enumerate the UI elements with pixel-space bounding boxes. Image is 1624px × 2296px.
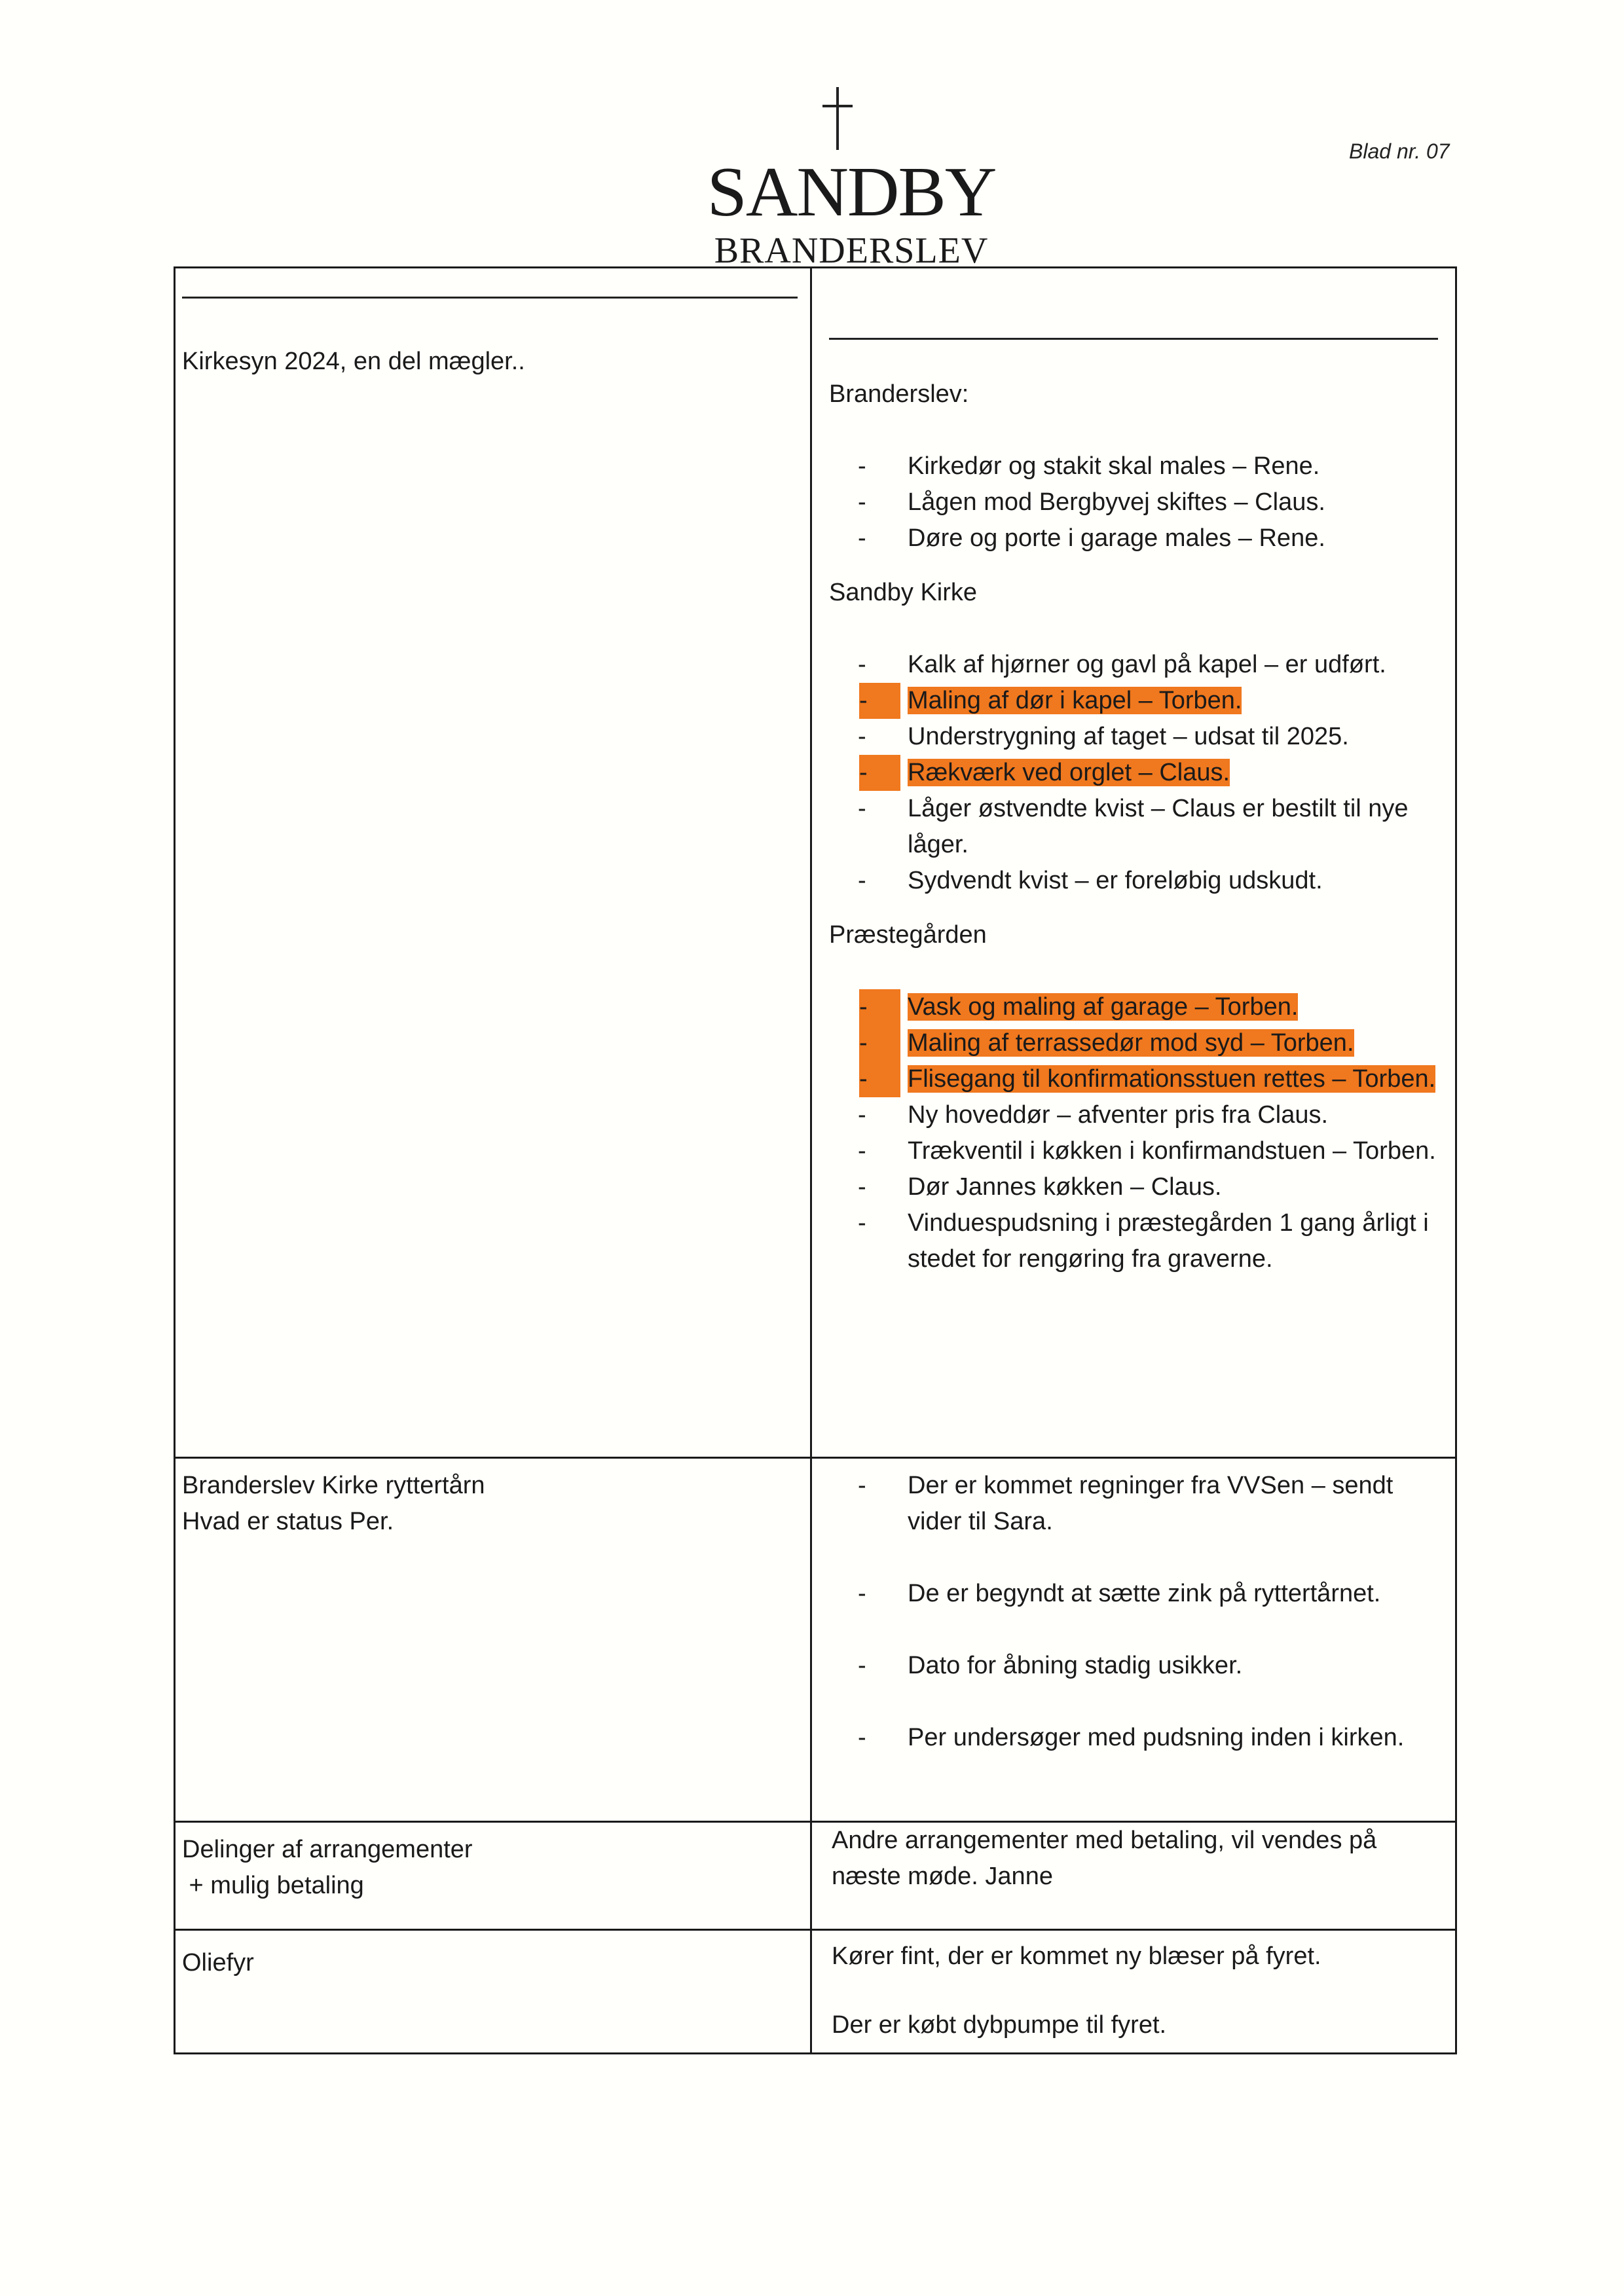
list-item: -Maling af terrassedør mod syd – Torben. bbox=[812, 1025, 1442, 1061]
table-row-delinger: Delinger af arrangementer + mulig betali… bbox=[175, 1821, 1455, 1929]
list-item: -Dør Jannes køkken – Claus. bbox=[812, 1169, 1442, 1205]
table-row-ryttertaarn: Branderslev Kirke ryttertårn Hvad er sta… bbox=[175, 1457, 1455, 1821]
list-item: -Låger østvendte kvist – Claus er bestil… bbox=[812, 791, 1442, 863]
notes-cell: Branderslev:-Kirkedør og stakit skal mal… bbox=[812, 268, 1455, 1457]
notes-cell: -Der er kommet regninger fra VVSen – sen… bbox=[812, 1459, 1455, 1821]
list-item: -Vinduespudsning i præstegården 1 gang å… bbox=[812, 1205, 1442, 1277]
table-row-oliefyr: Oliefyr Kører fint, der er kommet ny blæ… bbox=[175, 1929, 1455, 2052]
list-item-text: Sydvendt kvist – er foreløbig udskudt. bbox=[908, 867, 1323, 894]
dash-bullet: - bbox=[858, 484, 866, 520]
logo-title: SANDBY bbox=[671, 157, 1032, 228]
dash-bullet: - bbox=[858, 520, 866, 556]
list-item: -Sydvendt kvist – er foreløbig udskudt. bbox=[812, 863, 1442, 899]
topic-cell: Branderslev Kirke ryttertårn Hvad er sta… bbox=[175, 1459, 812, 1821]
dash-bullet: - bbox=[858, 719, 866, 755]
section-list: -Kirkedør og stakit skal males – Rene.-L… bbox=[812, 448, 1455, 556]
section-heading: Branderslev: bbox=[829, 376, 1455, 412]
notes-cell: Andre arrangementer med betaling, vil ve… bbox=[812, 1823, 1455, 1929]
topic-text-line-1: Delinger af arrangementer bbox=[182, 1823, 810, 1868]
list-item-text: Kirkedør og stakit skal males – Rene. bbox=[908, 452, 1319, 480]
topic-cell: Kirkesyn 2024, en del mægler.. bbox=[175, 268, 812, 1457]
list-item-text: Flisegang til konfirmationsstuen rettes … bbox=[908, 1065, 1435, 1093]
topic-text-line-2: Hvad er status Per. bbox=[182, 1504, 810, 1540]
topic-text: Oliefyr bbox=[182, 1931, 810, 1981]
list-item: -Per undersøger med pudsning inden i kir… bbox=[812, 1720, 1442, 1756]
dash-bullet: - bbox=[858, 1468, 866, 1504]
topic-text-line-1: Branderslev Kirke ryttertårn bbox=[182, 1459, 810, 1504]
dash-bullet: - bbox=[858, 1133, 866, 1169]
dash-bullet: - bbox=[858, 1648, 866, 1684]
topic-cell: Delinger af arrangementer + mulig betali… bbox=[175, 1823, 812, 1929]
dash-bullet: - bbox=[859, 755, 900, 791]
list-item: -De er begyndt at sætte zink på ryttertå… bbox=[812, 1576, 1442, 1612]
list-item: -Kirkedør og stakit skal males – Rene. bbox=[812, 448, 1442, 484]
table-row-kirkesyn: Kirkesyn 2024, en del mægler.. Brandersl… bbox=[175, 268, 1455, 1457]
dash-bullet: - bbox=[859, 1061, 900, 1097]
cross-icon-bar bbox=[822, 105, 853, 107]
notes-list: -Der er kommet regninger fra VVSen – sen… bbox=[812, 1459, 1455, 1756]
notes-text: Andre arrangementer med betaling, vil ve… bbox=[832, 1823, 1429, 1895]
list-item: -Rækværk ved orglet – Claus. bbox=[812, 755, 1442, 791]
list-item-text: Understrygning af taget – udsat til 2025… bbox=[908, 723, 1349, 750]
section-heading: Præstegården bbox=[829, 917, 1455, 953]
list-item: -Lågen mod Bergbyvej skiftes – Claus. bbox=[812, 484, 1442, 520]
topic-cell: Oliefyr bbox=[175, 1931, 812, 2052]
list-item: -Dato for åbning stadig usikker. bbox=[812, 1648, 1442, 1684]
list-item-text: Dato for åbning stadig usikker. bbox=[908, 1652, 1242, 1679]
dash-bullet: - bbox=[858, 448, 866, 484]
list-item-text: Maling af terrassedør mod syd – Torben. bbox=[908, 1029, 1354, 1057]
notes-text-line-1: Kører fint, der er kommet ny blæser på f… bbox=[832, 1931, 1455, 1975]
page-number-label: Blad nr. 07 bbox=[1349, 139, 1450, 164]
divider-line bbox=[829, 338, 1438, 340]
dash-bullet: - bbox=[858, 1205, 866, 1241]
list-item: -Der er kommet regninger fra VVSen – sen… bbox=[812, 1468, 1442, 1540]
list-item-text: Per undersøger med pudsning inden i kirk… bbox=[908, 1724, 1404, 1751]
dash-bullet: - bbox=[859, 989, 900, 1025]
list-item-text: Rækværk ved orglet – Claus. bbox=[908, 759, 1230, 786]
list-item-text: Døre og porte i garage males – Rene. bbox=[908, 524, 1325, 552]
notes-cell: Kører fint, der er kommet ny blæser på f… bbox=[812, 1931, 1455, 2052]
dash-bullet: - bbox=[858, 647, 866, 683]
dash-bullet: - bbox=[859, 683, 900, 719]
list-item-text: Kalk af hjørner og gavl på kapel – er ud… bbox=[908, 651, 1386, 678]
cross-icon-stem bbox=[836, 87, 839, 150]
list-item-text: De er begyndt at sætte zink på ryttertår… bbox=[908, 1580, 1380, 1607]
minutes-table: Kirkesyn 2024, en del mægler.. Brandersl… bbox=[174, 266, 1457, 2054]
list-item-text: Ny hoveddør – afventer pris fra Claus. bbox=[908, 1101, 1328, 1129]
section-heading: Sandby Kirke bbox=[829, 575, 1455, 611]
dash-bullet: - bbox=[858, 1576, 866, 1612]
list-item-text: Lågen mod Bergbyvej skiftes – Claus. bbox=[908, 488, 1325, 516]
list-item-text: Trækventil i køkken i konfirmandstuen – … bbox=[908, 1137, 1436, 1165]
list-item-text: Dør Jannes køkken – Claus. bbox=[908, 1173, 1221, 1201]
list-item-text: Vinduespudsning i præstegården 1 gang år… bbox=[908, 1209, 1429, 1273]
list-item-text: Vask og maling af garage – Torben. bbox=[908, 993, 1298, 1021]
list-item-text: Maling af dør i kapel – Torben. bbox=[908, 687, 1242, 714]
list-item: -Døre og porte i garage males – Rene. bbox=[812, 520, 1442, 556]
list-item: -Flisegang til konfirmationsstuen rettes… bbox=[812, 1061, 1442, 1097]
list-item: -Vask og maling af garage – Torben. bbox=[812, 989, 1442, 1025]
dash-bullet: - bbox=[858, 1169, 866, 1205]
topic-text: Kirkesyn 2024, en del mægler.. bbox=[182, 344, 525, 380]
dash-bullet: - bbox=[858, 791, 866, 827]
list-item: -Maling af dør i kapel – Torben. bbox=[812, 683, 1442, 719]
notes-sections: Branderslev:-Kirkedør og stakit skal mal… bbox=[829, 376, 1455, 1277]
list-item: -Trækventil i køkken i konfirmandstuen –… bbox=[812, 1133, 1442, 1169]
section-list: -Kalk af hjørner og gavl på kapel – er u… bbox=[812, 647, 1455, 899]
logo-subtitle: BRANDERSLEV bbox=[668, 232, 1035, 269]
topic-text-line-2: + mulig betaling bbox=[182, 1868, 810, 1904]
dash-bullet: - bbox=[858, 863, 866, 899]
dash-bullet: - bbox=[858, 1720, 866, 1756]
section-list: -Vask og maling af garage – Torben.-Mali… bbox=[812, 989, 1455, 1277]
list-item: -Understrygning af taget – udsat til 202… bbox=[812, 719, 1442, 755]
list-item: -Ny hoveddør – afventer pris fra Claus. bbox=[812, 1097, 1442, 1133]
list-item: -Kalk af hjørner og gavl på kapel – er u… bbox=[812, 647, 1442, 683]
divider-line bbox=[182, 297, 798, 299]
dash-bullet: - bbox=[858, 1097, 866, 1133]
notes-text-line-2: Der er købt dybpumpe til fyret. bbox=[832, 1975, 1455, 2043]
list-item-text: Låger østvendte kvist – Claus er bestilt… bbox=[908, 795, 1409, 858]
list-item-text: Der er kommet regninger fra VVSen – send… bbox=[908, 1472, 1393, 1535]
dash-bullet: - bbox=[859, 1025, 900, 1061]
